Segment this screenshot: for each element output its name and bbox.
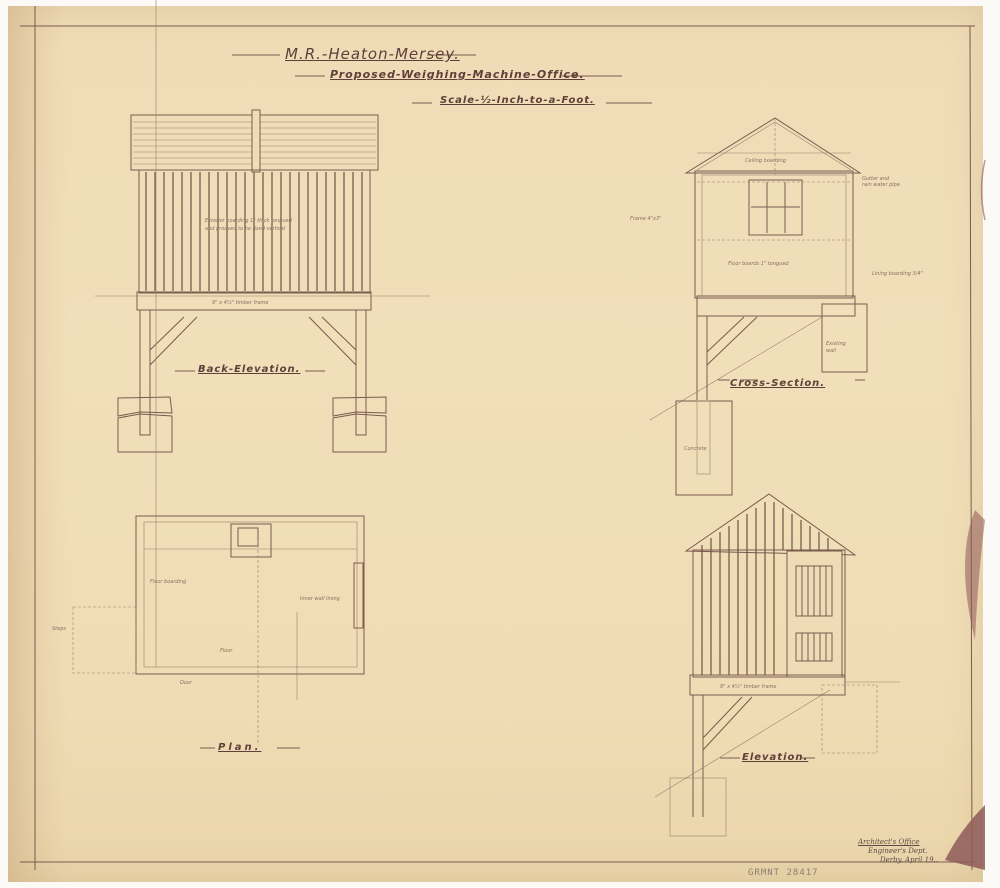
drawing-scale: Scale-½-Inch-to-a-Foot. (440, 95, 595, 106)
svg-text:Ceiling boarding: Ceiling boarding (745, 158, 786, 164)
svg-text:Frame 4"x3": Frame 4"x3" (630, 216, 661, 222)
elevation-drawing: 9" x 4½" timber frame (655, 494, 900, 836)
svg-text:and grooved to be fixed vertic: and grooved to be fixed vertical (205, 226, 286, 232)
elevation-label: Elevation. (742, 752, 808, 763)
svg-text:Inner wall lining: Inner wall lining (300, 596, 340, 602)
svg-text:rain water pipe: rain water pipe (862, 182, 900, 188)
svg-text:Exterior boarding 1" thick ton: Exterior boarding 1" thick tongued (205, 218, 293, 224)
reference-number: GRMNT 28417 (748, 868, 819, 878)
cross-section-label: Cross-Section. (730, 378, 825, 389)
drawing-linework: Exterior boarding 1" thick tongued and g… (0, 0, 1000, 888)
back-elevation-label: Back-Elevation. (198, 364, 300, 375)
cross-section-drawing: Floor boards 1" tongued Ceiling boarding… (630, 118, 923, 495)
back-elevation-drawing: Exterior boarding 1" thick tongued and g… (95, 110, 430, 452)
svg-text:Floor boards 1" tongued: Floor boards 1" tongued (728, 261, 789, 267)
svg-text:Door: Door (180, 680, 193, 686)
svg-text:wall: wall (826, 348, 837, 354)
svg-text:Floor boarding: Floor boarding (150, 579, 186, 585)
svg-text:Concrete: Concrete (684, 446, 707, 452)
svg-text:9" x 4½" timber frame: 9" x 4½" timber frame (720, 683, 776, 690)
svg-text:Existing: Existing (826, 341, 846, 347)
border-right (970, 26, 972, 870)
svg-text:9" x 4½" timber frame: 9" x 4½" timber frame (212, 299, 268, 306)
plan-label: Plan. (218, 742, 261, 753)
svg-text:Steps: Steps (52, 626, 66, 632)
svg-text:Lining boarding 3/4": Lining boarding 3/4" (872, 271, 923, 277)
corner-stain (945, 805, 985, 870)
office-stamp: Architect's Office Engineer's Dept. Derb… (858, 838, 938, 865)
drawing-subtitle: Proposed-Weighing-Machine-Office. (330, 68, 585, 81)
drawing-title: M.R.-Heaton-Mersey. (285, 45, 460, 63)
svg-text:Floor: Floor (220, 648, 233, 654)
